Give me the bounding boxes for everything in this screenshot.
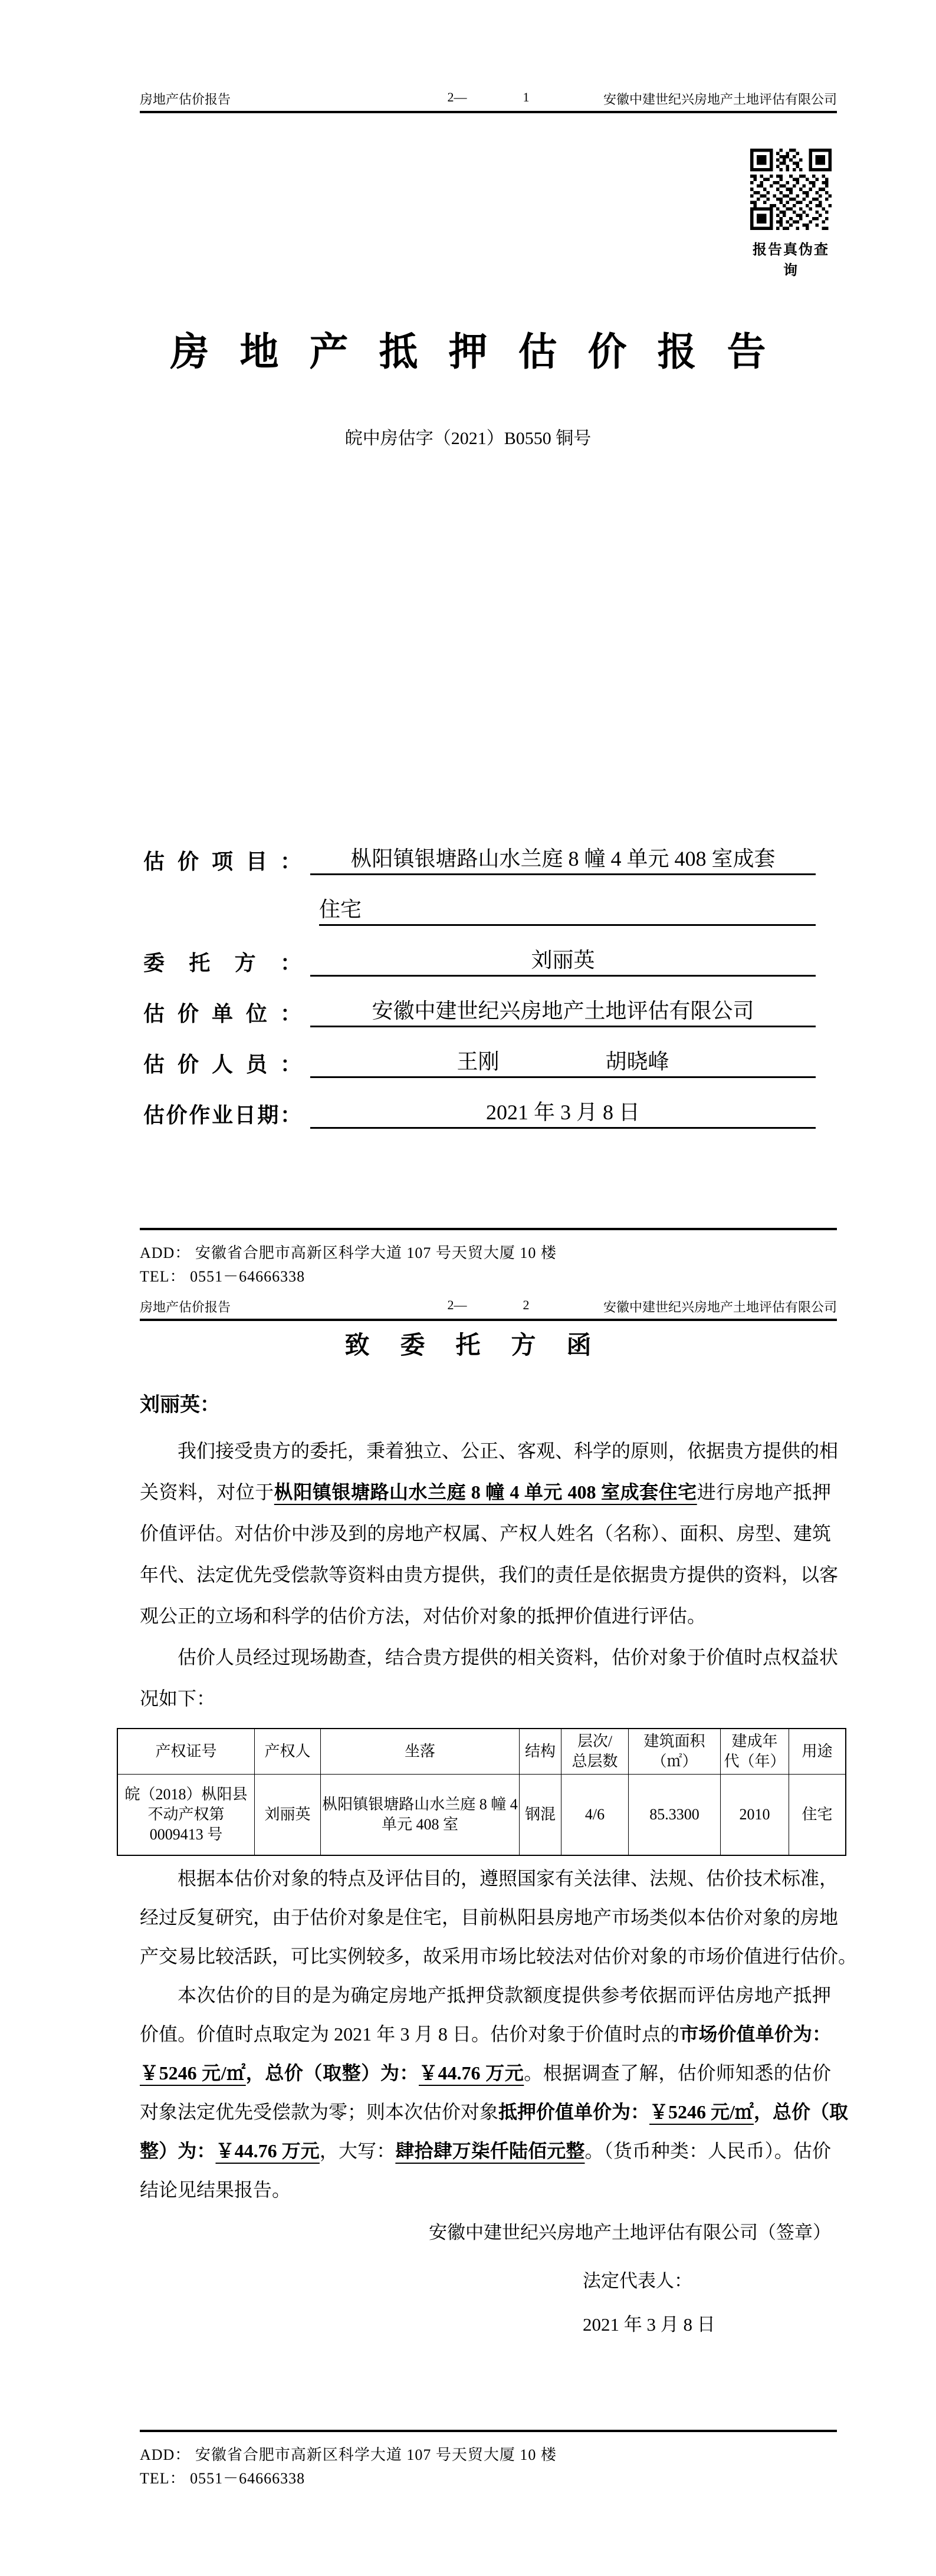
- header-doc-type: 房地产估价报告: [140, 1297, 231, 1316]
- pagination-prefix: 2—: [448, 90, 467, 105]
- table-header-cell: 建筑面积 （㎡）: [629, 1729, 721, 1775]
- letter-line: 估价人员经过现场勘查，结合贵方提供的相关资料，估价对象于价值时点权益状: [140, 1637, 831, 1678]
- page2-footer-rule: [140, 2430, 837, 2432]
- letter-title: 致委托方函: [0, 1326, 936, 1361]
- qr-code-icon: [750, 149, 832, 230]
- letter-line: 关资料，对位于枞阳镇银塘路山水兰庭 8 幢 4 单元 408 室成套住宅进行房地…: [140, 1471, 831, 1513]
- property-rights-table: 产权证号 产权人 坐落 结构 层次/ 总层数 建筑面积 （㎡） 建成年 代（年）…: [117, 1728, 846, 1856]
- form-row-client: 委托方： 刘丽英: [143, 946, 816, 977]
- report-verification-qr-block: 报告真伪查询: [749, 149, 833, 279]
- table-header-cell: 建成年 代（年）: [721, 1729, 789, 1775]
- signature-legal-representative: 法定代表人：: [583, 2266, 692, 2292]
- table-cell-floor: 4/6: [561, 1775, 629, 1855]
- page2-footer-address: ADD： 安徽省合肥市高新区科学大道 107 号天贸大厦 10 楼: [140, 2443, 557, 2465]
- page2-footer-telephone: TEL： 0551－64666338: [140, 2466, 305, 2488]
- header-pagination: 2— 1: [448, 90, 530, 105]
- letter-line: 经过反复研究，由于估价对象是住宅，目前枞阳县房地产市场类似本估价对象的房地: [140, 1898, 831, 1937]
- page1-footer-rule: [140, 1228, 837, 1230]
- page2-running-header: 房地产估价报告 2— 2 安徽中建世纪兴房地产土地评估有限公司: [140, 1297, 837, 1316]
- form-row-project-cont: 住宅: [143, 895, 816, 926]
- form-label: 估价项目：: [143, 845, 301, 875]
- letter-line: 价值。价值时点取定为 2021 年 3 月 8 日。估价对象于价值时点的市场价值…: [140, 2015, 831, 2053]
- form-label: 估价单位：: [143, 997, 301, 1027]
- form-value: 住宅: [319, 893, 816, 926]
- table-header-cell: 坐落: [321, 1729, 520, 1775]
- form-value: 枞阳镇银塘路山水兰庭 8 幢 4 单元 408 室成套: [310, 842, 816, 875]
- report-title: 房地产抵押估价报告: [0, 320, 936, 376]
- page1-footer-address: ADD： 安徽省合肥市高新区科学大道 107 号天贸大厦 10 楼: [140, 1241, 557, 1263]
- form-label: 估价人员：: [143, 1048, 301, 1078]
- table-header-cell: 产权人: [255, 1729, 321, 1775]
- form-row-date: 估价作业日期： 2021 年 3 月 8 日: [143, 1098, 816, 1129]
- signature-date: 2021 年 3 月 8 日: [583, 2309, 715, 2336]
- form-label: 估价作业日期：: [143, 1099, 301, 1129]
- letter-line: 观公正的立场和科学的估价方法，对估价对象的抵押价值进行评估。: [140, 1595, 831, 1637]
- form-label: 委托方：: [143, 947, 301, 977]
- table-cell-location: 枞阳镇银塘路山水兰庭 8 幢 4 单元 408 室: [321, 1775, 520, 1855]
- letter-line: ￥5246 元/㎡，总价（取整）为：￥44.76 万元。根据调查了解，估价师知悉…: [140, 2053, 831, 2092]
- header-pagination: 2— 2: [448, 1297, 530, 1313]
- form-row-project: 估价项目： 枞阳镇银塘路山水兰庭 8 幢 4 单元 408 室成套: [143, 845, 816, 875]
- page1-header-rule: [140, 111, 837, 113]
- page1-footer-telephone: TEL： 0551－64666338: [140, 1264, 305, 1286]
- form-row-appraisers: 估价人员： 王刚 胡晓峰: [143, 1047, 816, 1078]
- letter-line: 根据本估价对象的特点及评估目的，遵照国家有关法律、法规、估价技术标准，: [140, 1859, 831, 1898]
- letter-salutation: 刘丽英：: [140, 1388, 220, 1417]
- table-cell-certificate-no: 皖（2018）枞阳县 不动产权第 0009413 号: [118, 1775, 255, 1855]
- form-row-agency: 估价单位： 安徽中建世纪兴房地产土地评估有限公司: [143, 997, 816, 1027]
- letter-line: 本次估价的目的是为确定房地产抵押贷款额度提供参考依据而评估房地产抵押: [140, 1976, 831, 2015]
- pagination-prefix: 2—: [448, 1297, 467, 1313]
- letter-line: 对象法定优先受偿款为零；则本次估价对象抵押价值单价为：￥5246 元/㎡，总价（…: [140, 2092, 831, 2131]
- page-number: 1: [523, 90, 530, 105]
- header-doc-type: 房地产估价报告: [140, 90, 231, 108]
- page1-running-header: 房地产估价报告 2— 1 安徽中建世纪兴房地产土地评估有限公司: [140, 90, 837, 108]
- letter-line: 产交易比较活跃，可比实例较多，故采用市场比较法对估价对象的市场价值进行估价。: [140, 1937, 831, 1976]
- form-value: 王刚 胡晓峰: [310, 1045, 816, 1078]
- page2-header-rule: [140, 1319, 837, 1321]
- letter-paragraphs-bottom: 根据本估价对象的特点及评估目的，遵照国家有关法律、法规、估价技术标准， 经过反复…: [140, 1859, 831, 2209]
- page-number: 2: [523, 1297, 530, 1313]
- letter-line: 价值评估。对估价中涉及到的房地产权属、产权人姓名（名称）、面积、房型、建筑: [140, 1513, 831, 1554]
- form-value: 2021 年 3 月 8 日: [310, 1096, 816, 1129]
- table-cell-usage: 住宅: [789, 1775, 845, 1855]
- qr-caption: 报告真伪查询: [749, 238, 833, 279]
- header-company-name: 安徽中建世纪兴房地产土地评估有限公司: [603, 1297, 837, 1316]
- letter-line: 况如下：: [140, 1678, 831, 1719]
- table-cell-structure: 钢混: [520, 1775, 561, 1855]
- table-cell-year-built: 2010: [721, 1775, 789, 1855]
- letter-line: 整）为：￥44.76 万元，大写：肆拾肆万柒仟陆佰元整。（货币种类：人民币）。估…: [140, 2131, 831, 2170]
- letter-line: 结论见结果报告。: [140, 2170, 831, 2209]
- report-document-number: 皖中房估字（2021）B0550 铜号: [0, 423, 936, 449]
- table-header-cell: 产权证号: [118, 1729, 255, 1775]
- table-cell-area: 85.3300: [629, 1775, 721, 1855]
- appraisal-report-document: 房地产估价报告 2— 1 安徽中建世纪兴房地产土地评估有限公司 报告真伪查询 房…: [0, 0, 936, 2576]
- table-cell-owner: 刘丽英: [255, 1775, 321, 1855]
- form-value: 刘丽英: [310, 944, 816, 977]
- header-company-name: 安徽中建世纪兴房地产土地评估有限公司: [603, 90, 837, 108]
- letter-line: 年代、法定优先受偿款等资料由贵方提供，我们的责任是依据贵方提供的资料，以客: [140, 1554, 831, 1595]
- letter-paragraphs-top: 我们接受贵方的委托，秉着独立、公正、客观、科学的原则，依据贵方提供的相 关资料，…: [140, 1430, 831, 1719]
- table-header-cell: 用途: [789, 1729, 845, 1775]
- table-header-cell: 层次/ 总层数: [561, 1729, 629, 1775]
- table-header-cell: 结构: [520, 1729, 561, 1775]
- letter-line: 我们接受贵方的委托，秉着独立、公正、客观、科学的原则，依据贵方提供的相: [140, 1430, 831, 1471]
- signature-company-seal-line: 安徽中建世纪兴房地产土地评估有限公司（签章）: [140, 2217, 831, 2244]
- form-value: 安徽中建世纪兴房地产土地评估有限公司: [310, 994, 816, 1027]
